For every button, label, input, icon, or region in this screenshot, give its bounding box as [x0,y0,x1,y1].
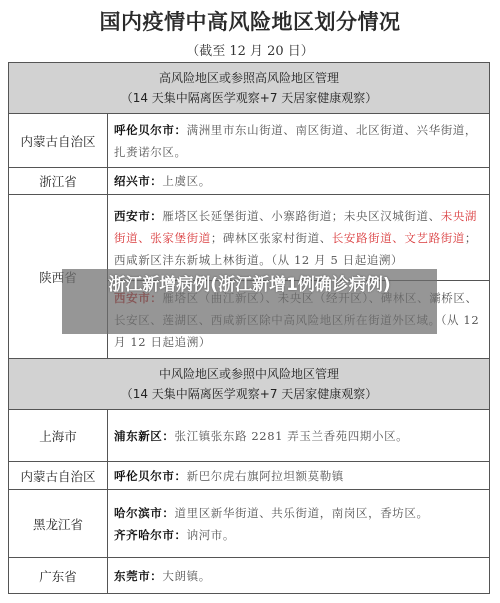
area-text: 讷河市。 [187,528,235,542]
table-row: 黑龙江省 哈尔滨市：道里区新华街道、共乐街道，南岗区，香坊区。 齐齐哈尔市：讷河… [9,490,490,558]
province-cell: 内蒙古自治区 [9,462,108,490]
area-text: 道里区新华街道、共乐街道，南岗区，香坊区。 [175,506,429,520]
detail-cell: 哈尔滨市：道里区新华街道、共乐街道，南岗区，香坊区。 齐齐哈尔市：讷河市。 [108,490,490,558]
city-label: 西安市： [114,209,162,223]
city-label: 东莞市： [114,569,162,583]
city-label: 绍兴市： [114,174,162,188]
table-row: 广东省 东莞市：大朗镇。 [9,558,490,594]
province-cell: 浙江省 [9,168,108,195]
province-cell: 内蒙古自治区 [9,114,108,168]
detail-cell: 浦东新区：张江镇张东路 2281 弄玉兰香苑四期小区。 [108,410,490,462]
medium-risk-header-note: （14 天集中隔离医学观察+7 天居家健康观察） [9,384,489,404]
city-label: 呼伦贝尔市： [114,123,187,137]
area-text: 张江镇张东路 2281 弄玉兰香苑四期小区。 [175,429,409,443]
medium-risk-header-title: 中风险地区或参照中风险地区管理 [9,364,489,384]
city-label: 浦东新区： [114,429,175,443]
medium-risk-header: 中风险地区或参照中风险地区管理 （14 天集中隔离医学观察+7 天居家健康观察） [9,359,490,410]
detail-cell: 呼伦贝尔市：满洲里市东山街道、南区街道、北区街道、兴华街道，扎赉诺尔区。 [108,114,490,168]
high-risk-header-title: 高风险地区或参照高风险地区管理 [9,68,489,88]
caption-overlay-text: 浙江新增病例(浙江新增1例确诊病例) [62,272,437,299]
city-label: 齐齐哈尔市： [114,528,187,542]
area-text: 雁塔区长延堡街道、小寨路街道；未央区汉城街道、 [162,209,440,223]
table-row: 陕西省 西安市：雁塔区长延堡街道、小寨路街道；未央区汉城街道、未央湖街道、张家堡… [9,195,490,281]
detail-cell: 东莞市：大朗镇。 [108,558,490,594]
document-subtitle: （截至 12 月 20 日） [0,40,500,59]
document-title: 国内疫情中高风险地区划分情况 [0,6,500,36]
table-row: 上海市 浦东新区：张江镇张东路 2281 弄玉兰香苑四期小区。 [9,410,490,462]
area-text-highlight: 长安路街道、文艺路街道 [332,231,465,245]
table-row: 内蒙古自治区 呼伦贝尔市：新巴尔虎右旗阿拉坦额莫勒镇 [9,462,490,490]
area-text: ；碑林区张家村街道、 [211,231,332,245]
high-risk-header-note: （14 天集中隔离医学观察+7 天居家健康观察） [9,88,489,108]
medium-risk-header-row: 中风险地区或参照中风险地区管理 （14 天集中隔离医学观察+7 天居家健康观察） [9,359,490,410]
city-label: 呼伦贝尔市： [114,469,187,483]
table-row: 内蒙古自治区 呼伦贝尔市：满洲里市东山街道、南区街道、北区街道、兴华街道，扎赉诺… [9,114,490,168]
area-text: 新巴尔虎右旗阿拉坦额莫勒镇 [187,469,344,483]
high-risk-header-row: 高风险地区或参照高风险地区管理 （14 天集中隔离医学观察+7 天居家健康观察） [9,63,490,114]
high-risk-header: 高风险地区或参照高风险地区管理 （14 天集中隔离医学观察+7 天居家健康观察） [9,63,490,114]
table-row: 浙江省 绍兴市：上虞区。 [9,168,490,195]
province-cell: 广东省 [9,558,108,594]
province-cell: 黑龙江省 [9,490,108,558]
province-cell: 上海市 [9,410,108,462]
detail-cell: 绍兴市：上虞区。 [108,168,490,195]
detail-cell: 呼伦贝尔市：新巴尔虎右旗阿拉坦额莫勒镇 [108,462,490,490]
area-text: 大朗镇。 [162,569,210,583]
city-label: 哈尔滨市： [114,506,175,520]
detail-cell: 西安市：雁塔区长延堡街道、小寨路街道；未央区汉城街道、未央湖街道、张家堡街道；碑… [108,195,490,281]
area-text: 上虞区。 [162,174,210,188]
